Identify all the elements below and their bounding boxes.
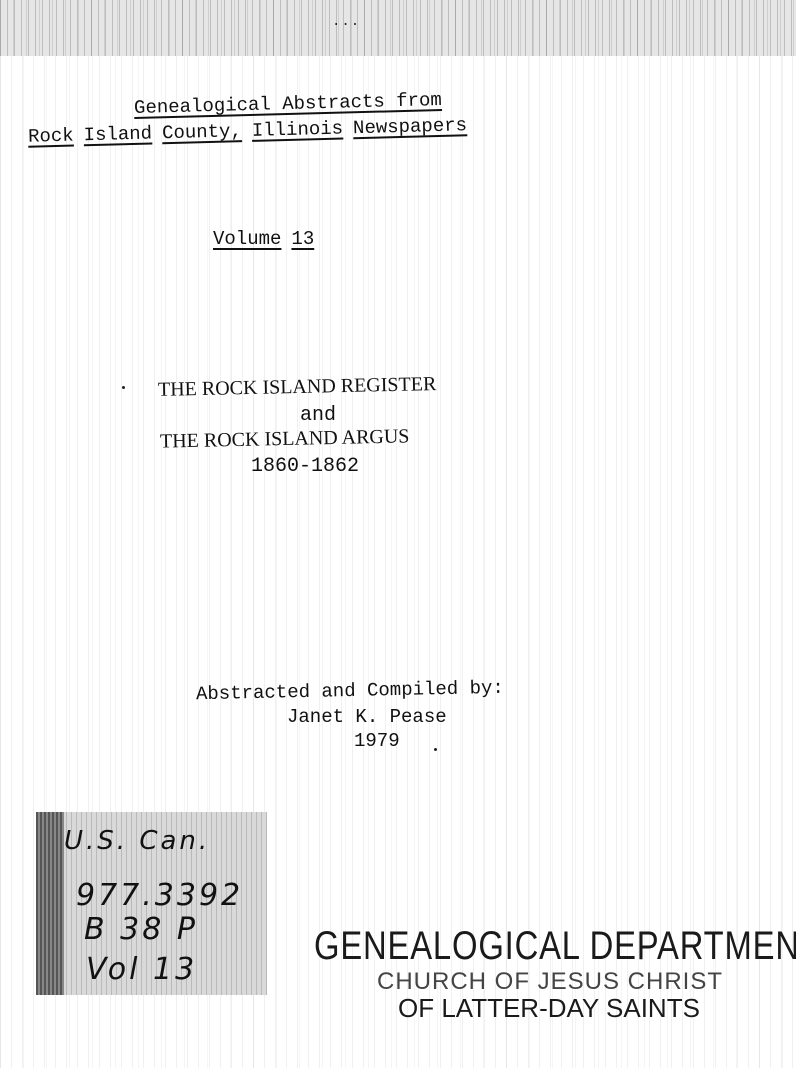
title-word: Illinois [252,118,344,142]
title-line-2: RockIslandCounty,IllinoisNewspapers [28,114,468,147]
title-word: Newspapers [353,114,468,139]
stamp-line-2: CHURCH OF JESUS CHRIST [377,968,723,996]
speck [122,386,125,389]
stamp-line-3: OF LATTER-DAY SAINTS [398,993,700,1024]
newspaper-title-2: THE ROCK ISLAND ARGUS [160,425,410,453]
stamp-line-1: GENEALOGICAL DEPARTMENT [314,924,796,969]
title-line-1: Genealogical Abstracts from [134,89,442,119]
call-number-line-1: U.S. Can. [64,826,210,856]
volume-number: 13 [291,228,314,250]
title-word: Rock [28,125,74,148]
call-number-line-3: B 38 P [84,912,198,947]
header-marks: ... [332,14,360,30]
call-number-line-2: 977.3392 [76,878,243,913]
newspaper-title-1: THE ROCK ISLAND REGISTER [158,373,437,402]
credit-year: 1979 [354,730,400,752]
call-number-line-4: Vol 13 [86,952,197,987]
volume-label: Volume [213,228,281,250]
label-edge [36,812,64,995]
title-word: Island [83,123,152,147]
speck [434,748,437,751]
credit-author: Janet K. Pease [287,706,447,728]
call-number-label: U.S. Can. 977.3392 B 38 P Vol 13 [36,812,267,995]
credit-label: Abstracted and Compiled by: [196,677,504,705]
scan-top-band: ... [0,0,796,56]
newspaper-conjunction: and [300,404,336,427]
newspaper-years: 1860-1862 [251,455,359,478]
title-word: County, [162,120,242,144]
volume-heading: Volume13 [213,228,314,250]
